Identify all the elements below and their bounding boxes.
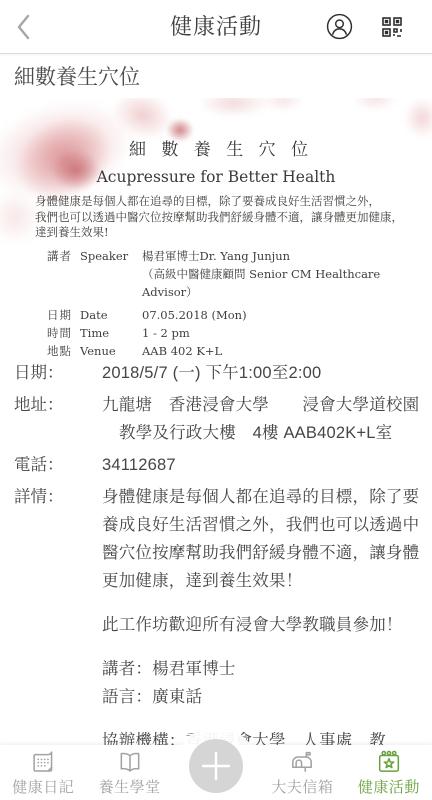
qr-code-icon bbox=[380, 15, 404, 39]
poster-row-time: 時間 Time 1 - 2 pm bbox=[47, 324, 422, 342]
detail-row-address: 地址： 九龍塘 香港浸會大學 浸會大學道校園 教學及行政大樓 4樓 AAB402… bbox=[14, 391, 422, 447]
poster-row-venue: 地點 Venue AAB 402 K+L bbox=[47, 342, 422, 357]
poster-intro-line: 我們也可以透過中醫穴位按摩幫助我們舒緩身體不適，讓身體更加健康， bbox=[35, 210, 406, 226]
qr-scan-button[interactable] bbox=[380, 15, 404, 39]
poster-speaker-subtitle: （高級中醫健康顧問 Senior CM Healthcare Advisor） bbox=[142, 265, 422, 301]
nav-item-wellness-school[interactable]: 養生學堂 bbox=[86, 745, 172, 800]
event-detail-list: 日期： 2018/5/7 (一) 下午1:00至2:00 地址： 九龍塘 香港浸… bbox=[0, 356, 432, 755]
poster-row-speaker: 講者 Speaker 楊君軍博士Dr. Yang Junjun （高級中醫健康顧… bbox=[47, 247, 422, 301]
poster-info-table: 講者 Speaker 楊君軍博士Dr. Yang Junjun （高級中醫健康顧… bbox=[47, 247, 422, 357]
poster-title-zh: 細 數 養 生 穴 位 bbox=[0, 138, 432, 162]
watercolor-petal bbox=[352, 98, 398, 110]
open-book-icon bbox=[117, 749, 143, 775]
poster-row-date: 日期 Date 07.05.2018 (Mon) bbox=[47, 306, 422, 324]
event-poster: 細 數 養 生 穴 位 Acupressure for Better Healt… bbox=[0, 98, 432, 356]
account-button[interactable] bbox=[326, 13, 353, 40]
page-header-title: 健康活動 bbox=[0, 0, 432, 53]
poster-speaker-value: 楊君軍博士Dr. Yang Junjun bbox=[142, 247, 422, 265]
diary-icon bbox=[30, 749, 56, 775]
poster-intro-line: 達到養生效果! bbox=[35, 225, 406, 241]
nav-item-health-activities[interactable]: 健康活動 bbox=[346, 745, 432, 800]
add-record-fab[interactable] bbox=[189, 739, 243, 793]
poster-title-en: Acupressure for Better Health bbox=[0, 167, 432, 187]
detail-row-description: 詳情： 身體健康是每個人都在追尋的目標，除了要 養成良好生活習慣之外，我們也可以… bbox=[14, 483, 422, 755]
detail-row-phone: 電話： 34112687 bbox=[14, 451, 422, 479]
watercolor-petal bbox=[198, 98, 270, 117]
calendar-star-icon bbox=[376, 749, 402, 775]
app-screen: 健康活動 細數養生穴位 細 數 養 生 穴 位 bbox=[0, 0, 432, 800]
watercolor-petal bbox=[404, 98, 432, 138]
phone-number: 34112687 bbox=[102, 451, 422, 479]
app-header: 健康活動 bbox=[0, 0, 432, 54]
nav-item-doctor-mailbox[interactable]: 大夫信箱 bbox=[259, 745, 345, 800]
watercolor-petal bbox=[262, 98, 304, 111]
event-title: 細數養生穴位 bbox=[0, 54, 432, 98]
nav-item-health-diary[interactable]: 健康日記 bbox=[0, 745, 86, 800]
poster-intro: 身體健康是每個人都在追尋的目標，除了要養成良好生活習慣之外， 我們也可以透過中醫… bbox=[35, 194, 406, 241]
mailbox-icon bbox=[289, 749, 315, 775]
event-detail-content: 細數養生穴位 細 數 養 生 穴 位 Acupressure for Bette… bbox=[0, 54, 432, 759]
account-circle-icon bbox=[326, 13, 353, 40]
detail-row-date: 日期： 2018/5/7 (一) 下午1:00至2:00 bbox=[14, 359, 422, 387]
poster-intro-line: 身體健康是每個人都在追尋的目標，除了要養成良好生活習慣之外， bbox=[35, 194, 406, 210]
plus-icon bbox=[201, 751, 231, 781]
